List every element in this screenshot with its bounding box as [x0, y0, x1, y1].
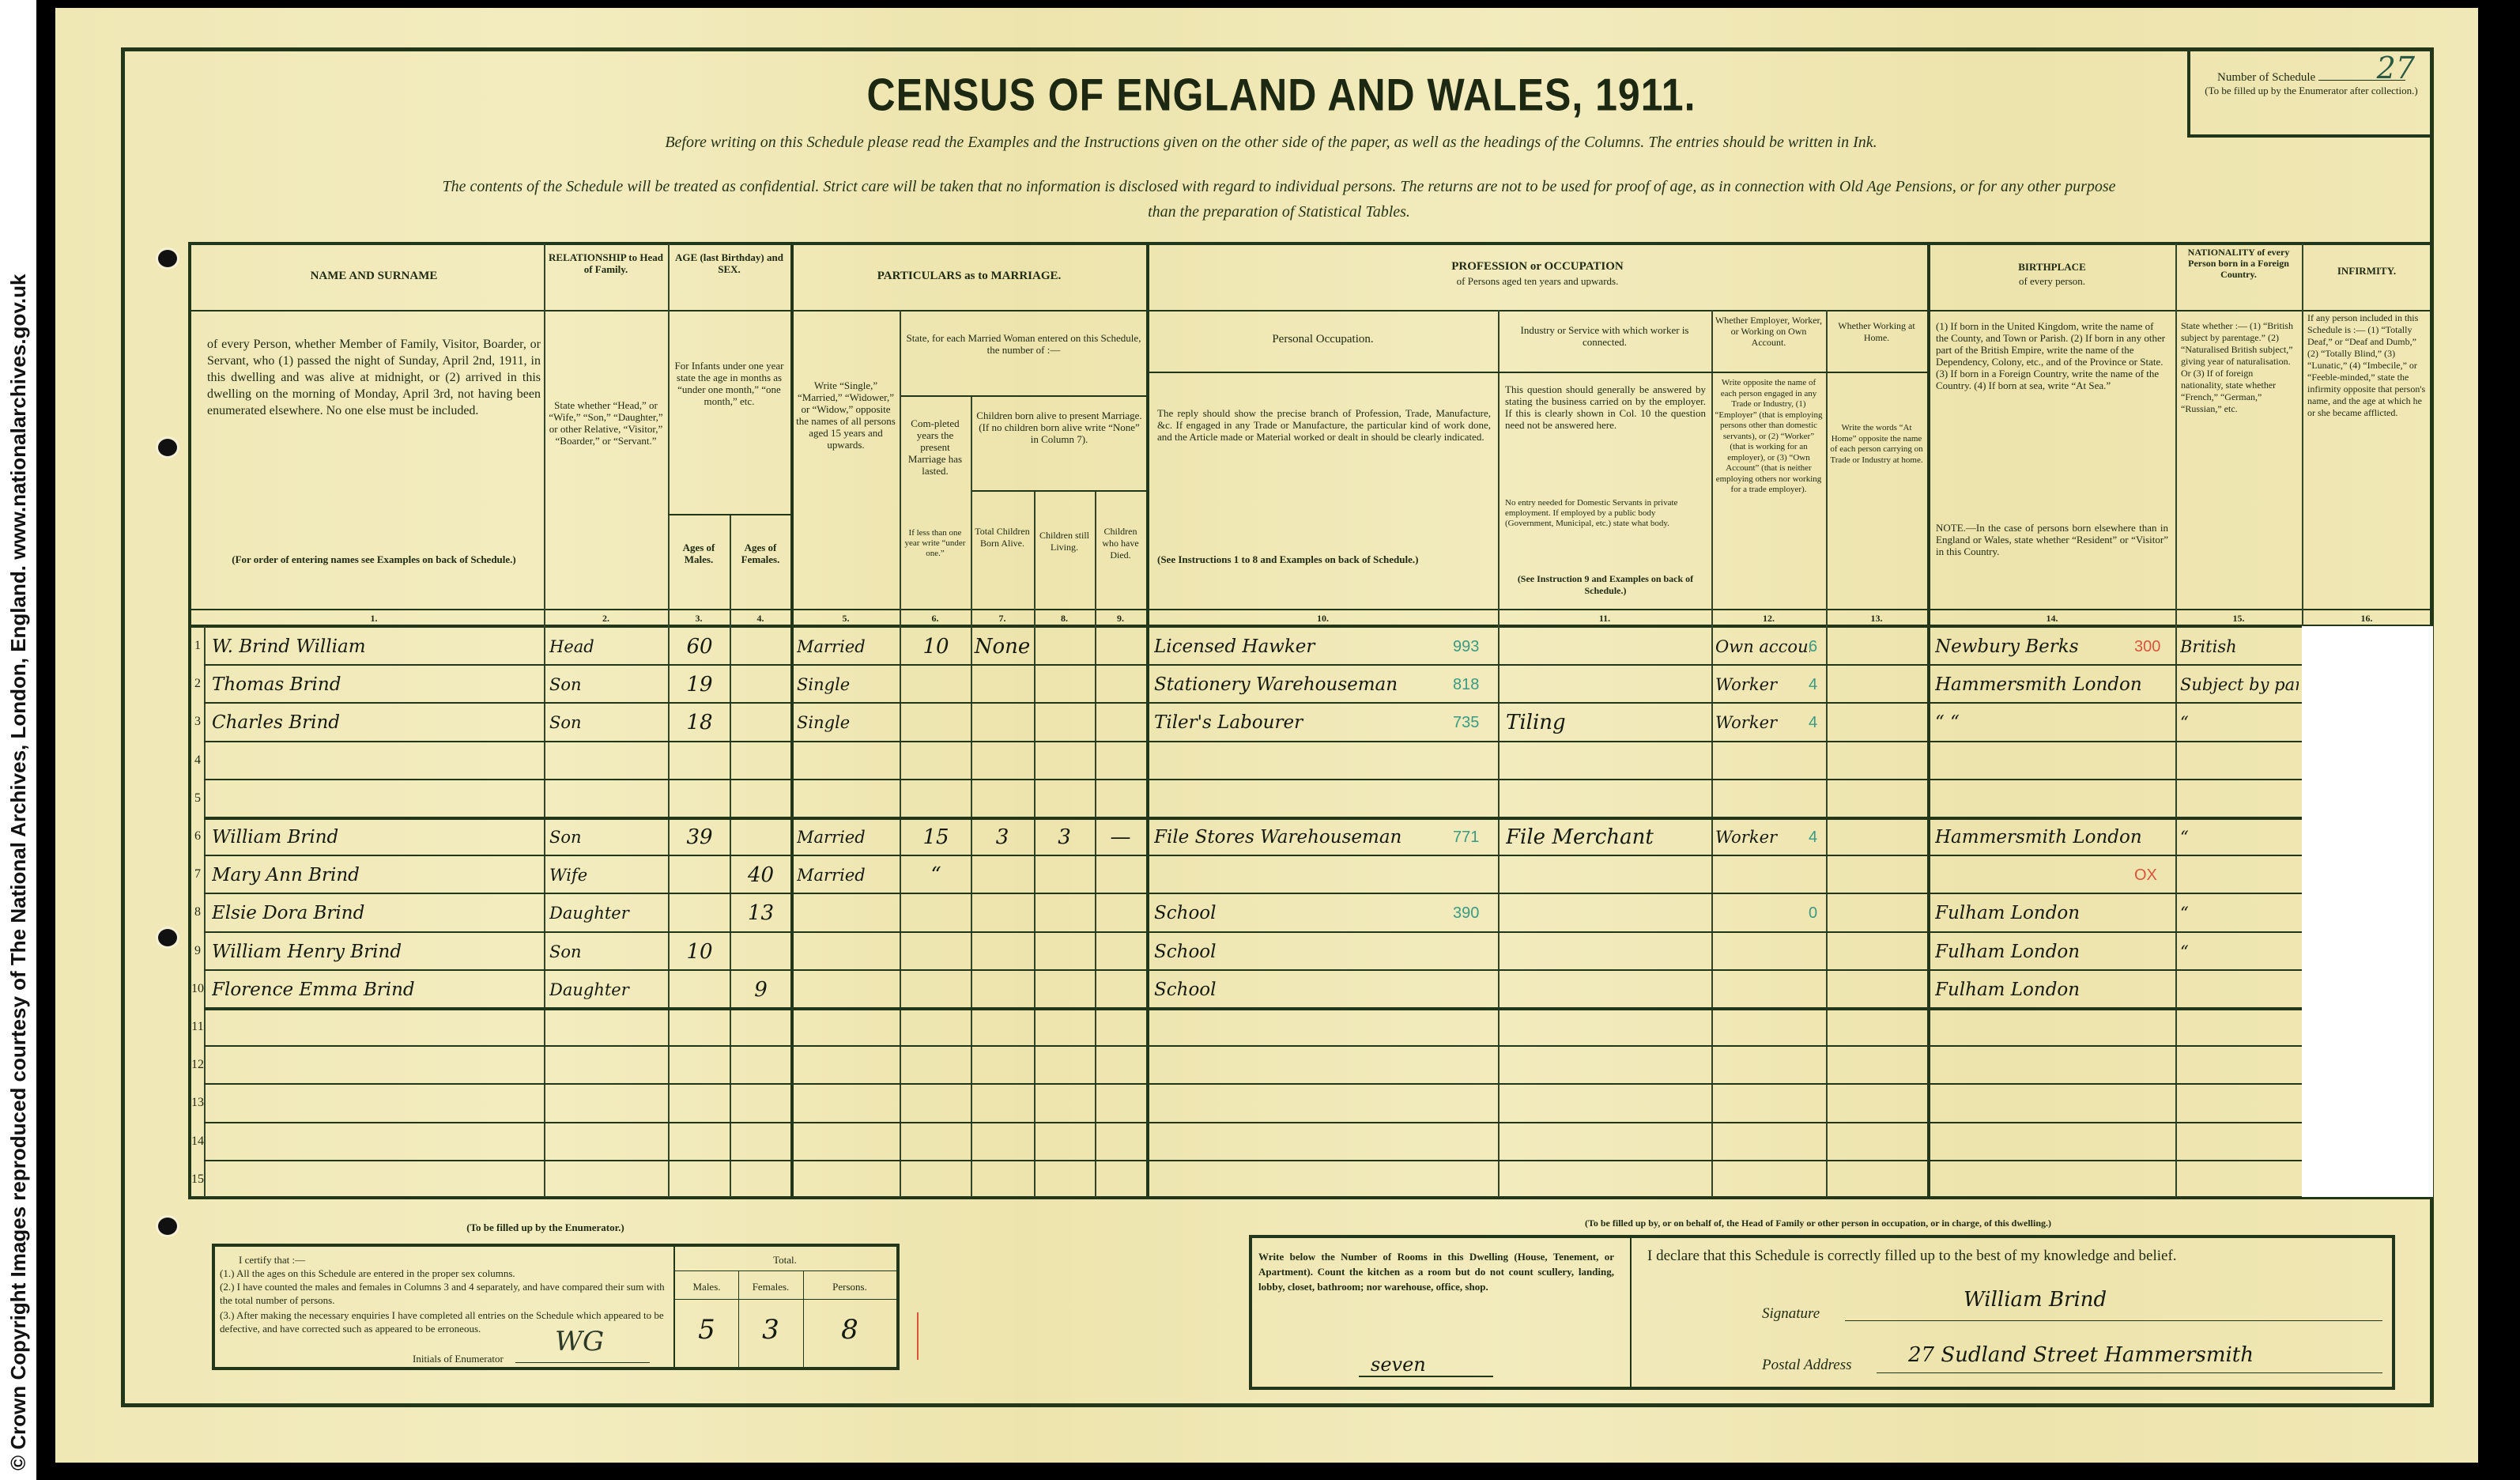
certify-3: (3.) After making the necessary enquirie… — [220, 1308, 674, 1335]
cell-nat[interactable]: “ — [2180, 821, 2299, 853]
row-number: 13 — [190, 1096, 206, 1110]
row-rule — [204, 702, 2430, 704]
header-nationality: NATIONALITY of every Person born in a Fo… — [2175, 247, 2302, 280]
row-rule — [204, 741, 2430, 742]
persons-label: Persons. — [803, 1280, 896, 1293]
header-males: Ages of Males. — [668, 542, 730, 565]
header-age-body: For Infants under one year state the age… — [668, 360, 790, 407]
confidential-line: The contents of the Schedule will be tre… — [149, 178, 2409, 196]
row-number: 10 — [190, 982, 206, 996]
row-rule — [204, 931, 2430, 933]
cell-name[interactable]: W. Brind William — [212, 631, 544, 663]
cell-nat[interactable]: British — [2180, 631, 2299, 663]
header-personal-body: The reply should show the precise branch… — [1154, 407, 1494, 443]
cell-total[interactable]: 3 — [971, 821, 1034, 853]
females-total[interactable]: 3 — [738, 1314, 803, 1346]
age-sub-rule — [668, 514, 790, 515]
header-infirmity-body: If any person included in this Schedule … — [2304, 312, 2429, 419]
cell-emp-code[interactable]: 6 — [1809, 631, 1826, 663]
row-rule — [204, 893, 2430, 894]
header-relationship: RELATIONSHIP to Head of Family. — [544, 251, 668, 275]
postal-address-value[interactable]: 27 Sudland Street Hammersmith — [1908, 1339, 2254, 1371]
cell-birth[interactable]: Hammersmith London — [1935, 669, 2172, 700]
row-rule — [204, 1160, 2430, 1161]
header-name: NAME AND SURNAME — [204, 269, 544, 283]
cell-rel[interactable]: Daughter — [549, 897, 668, 929]
col-number: 11. — [1498, 613, 1711, 625]
cell-nat[interactable]: Subject by parentage — [2180, 669, 2299, 700]
cell-name[interactable]: Elsie Dora Brind — [212, 897, 544, 929]
row-number: 15 — [190, 1172, 206, 1187]
col-number: 15. — [2175, 613, 2302, 625]
row-number: 1 — [190, 639, 206, 653]
col-number: 2. — [544, 613, 668, 625]
col-number: 13. — [1826, 613, 1927, 625]
cell-emp[interactable]: Own account — [1715, 631, 1810, 663]
header-nationality-body: State whether :— (1) “British subject by… — [2178, 320, 2300, 415]
cell-cond[interactable]: Married — [797, 859, 900, 891]
cell-female[interactable]: 13 — [731, 897, 790, 929]
initials-value[interactable]: WG — [555, 1326, 604, 1357]
cell-birth[interactable]: Fulham London — [1935, 897, 2172, 929]
header-females: Ages of Females. — [730, 542, 791, 565]
total-label: Total. — [673, 1253, 896, 1267]
cell-industry[interactable]: Tiling — [1506, 707, 1711, 738]
declaration-text: I declare that this Schedule is correctl… — [1647, 1248, 2177, 1265]
initials-label: Initials of Enumerator — [413, 1352, 504, 1365]
header-occupation: PROFESSION or OCCUPATION — [1148, 259, 1927, 274]
cell-emp-code[interactable]: 4 — [1809, 707, 1826, 738]
col-number: 10. — [1148, 613, 1498, 625]
row-number: 6 — [190, 829, 206, 844]
header-at-home-body: Write the words “At Home” opposite the n… — [1826, 423, 1927, 466]
postal-address-label: Postal Address — [1762, 1357, 1851, 1374]
header-personal-occupation: Personal Occupation. — [1148, 332, 1498, 346]
cell-occ-code[interactable]: 390 — [1453, 897, 1496, 929]
instruction-line: Before writing on this Schedule please r… — [362, 134, 2180, 152]
certify-label: I certify that :— — [239, 1253, 305, 1267]
cell-living[interactable]: 3 — [1034, 821, 1095, 853]
children-sub-rule — [972, 490, 1146, 492]
schedule-number-box: Number of Schedule (To be filled up by t… — [2187, 49, 2432, 138]
header-birthplace-sub: of every person. — [1929, 275, 2175, 287]
col-number: 12. — [1711, 613, 1826, 625]
cell-name[interactable]: William Henry Brind — [212, 936, 544, 968]
row-rule — [204, 664, 2430, 666]
row-number: 7 — [190, 867, 206, 882]
schedule-number-value[interactable]: 27 — [2377, 51, 2415, 85]
col-number: 6. — [900, 613, 971, 625]
cell-rel[interactable]: Son — [549, 821, 668, 853]
header-years-note: If less than one year write “under one.” — [900, 528, 971, 559]
form-title: CENSUS OF ENGLAND AND WALES, 1911. — [125, 69, 2438, 122]
red-mark — [917, 1312, 919, 1360]
header-at-home: Whether Working at Home. — [1826, 320, 1927, 344]
cell-died[interactable]: — — [1095, 821, 1146, 853]
cell-female[interactable]: 40 — [731, 859, 790, 891]
header-industry-note: (See Instruction 9 and Examples on back … — [1502, 573, 1709, 597]
row-number: 12 — [190, 1058, 206, 1072]
females-label: Females. — [738, 1280, 803, 1293]
cell-cond[interactable]: Single — [797, 669, 900, 700]
row-number: 14 — [190, 1135, 206, 1149]
cell-years[interactable]: 15 — [901, 821, 971, 853]
header-children-living: Children still Living. — [1034, 530, 1095, 553]
col-number: 1. — [204, 613, 544, 625]
col-number: 7. — [971, 613, 1034, 625]
header-occupation-sub: of Persons aged ten years and upwards. — [1148, 275, 1927, 287]
cell-years[interactable]: “ — [901, 859, 971, 891]
cell-occ[interactable]: School — [1154, 936, 1454, 968]
row-rule — [204, 1045, 2430, 1047]
header-total-children: Total Children Born Alive. — [971, 526, 1034, 549]
cell-rel[interactable]: Son — [549, 707, 668, 738]
header-birthplace-note: NOTE.—In the case of persons born elsewh… — [1933, 522, 2171, 557]
cell-birth[interactable]: Fulham London — [1935, 936, 2172, 968]
cell-male[interactable]: 60 — [672, 631, 727, 663]
cell-nat[interactable]: “ — [2180, 707, 2299, 738]
header-birthplace: BIRTHPLACE — [1929, 261, 2175, 273]
header-age: AGE (last Birthday) and SEX. — [668, 251, 790, 275]
cell-male[interactable]: 10 — [672, 936, 727, 968]
row-rule — [204, 1122, 2430, 1123]
cell-emp[interactable]: Worker — [1715, 707, 1810, 738]
header-children-died: Children who have Died. — [1095, 526, 1146, 561]
header-industry-body: This question should generally be answer… — [1502, 383, 1709, 431]
cell-rel[interactable]: Son — [549, 669, 668, 700]
occupation-sub-rule — [1148, 372, 1927, 373]
cell-rel[interactable]: Wife — [549, 859, 668, 891]
cell-occ[interactable]: Stationery Warehouseman — [1154, 669, 1454, 700]
cell-name[interactable]: Florence Emma Brind — [212, 974, 544, 1006]
signature-value[interactable]: William Brind — [1964, 1284, 2107, 1316]
cell-nat[interactable]: “ — [2180, 936, 2299, 968]
cell-nat[interactable]: “ — [2180, 897, 2299, 929]
cell-rel[interactable]: Daughter — [549, 974, 668, 1006]
cell-birth[interactable]: Hammersmith London — [1935, 821, 2172, 853]
cell-occ-code[interactable]: 818 — [1453, 669, 1496, 700]
header-children: Children born alive to present Marriage.… — [972, 410, 1146, 445]
cell-emp[interactable]: Worker — [1715, 821, 1810, 853]
col-line — [2175, 244, 2177, 1197]
col-number: 4. — [730, 613, 791, 625]
col-number: 3. — [668, 613, 730, 625]
enumerator-box: I certify that :— (1.) All the ages on t… — [212, 1244, 900, 1370]
schedule-number-note: (To be filled up by the Enumerator after… — [2205, 85, 2417, 96]
signature-label: Signature — [1762, 1305, 1820, 1323]
row-number: 9 — [190, 944, 206, 958]
cell-occ-code[interactable]: 771 — [1453, 821, 1496, 853]
cell-occ[interactable]: School — [1154, 897, 1454, 929]
row-rule — [204, 817, 2430, 820]
cell-occ[interactable]: Licensed Hawker — [1154, 631, 1454, 663]
cell-cond[interactable]: Married — [797, 631, 900, 663]
col-number: 16. — [2302, 613, 2431, 625]
cell-rel[interactable]: Son — [549, 936, 668, 968]
confidential-line-2: than the preparation of Statistical Tabl… — [149, 203, 2409, 221]
cell-name[interactable]: William Brind — [212, 821, 544, 853]
cell-name[interactable]: Charles Brind — [212, 707, 544, 738]
row-number: 3 — [190, 715, 206, 729]
rows-top-rule — [190, 625, 2431, 628]
cell-rel[interactable]: Head — [549, 631, 668, 663]
col-line — [2302, 244, 2303, 626]
cell-emp[interactable]: Worker — [1715, 669, 1810, 700]
cell-occ-code[interactable]: 735 — [1453, 707, 1496, 738]
cell-name[interactable]: Thomas Brind — [212, 669, 544, 700]
cell-occ-code[interactable]: 993 — [1453, 631, 1496, 663]
col-number: 9. — [1095, 613, 1146, 625]
cell-female[interactable]: 9 — [731, 974, 790, 1006]
marriage-sub-rule — [901, 395, 1146, 397]
header-industry-body2: No entry needed for Domestic Servants in… — [1502, 498, 1709, 529]
row-rule — [204, 969, 2430, 971]
certify-2: (2.) I have counted the males and female… — [220, 1280, 674, 1307]
header-marriage: PARTICULARS as to MARRIAGE. — [792, 269, 1146, 283]
cell-occ[interactable]: Tiler's Labourer — [1154, 707, 1454, 738]
header-name-body: of every Person, whether Member of Famil… — [204, 336, 544, 419]
cell-male[interactable]: 39 — [672, 821, 727, 853]
col-line — [971, 395, 972, 1197]
row-number: 2 — [190, 677, 206, 691]
header-industry: Industry or Service with which worker is… — [1498, 324, 1711, 348]
cell-cond[interactable]: Married — [797, 821, 900, 853]
row-number: 4 — [190, 753, 206, 768]
cell-emp-code[interactable]: 4 — [1809, 669, 1826, 700]
cell-occ[interactable]: File Stores Warehouseman — [1154, 821, 1454, 853]
header-condition: Write “Single,” “Married,” “Widower,” or… — [792, 379, 900, 451]
males-total[interactable]: 5 — [675, 1314, 738, 1346]
header-personal-note: (See Instructions 1 to 8 and Examples on… — [1154, 553, 1494, 565]
row-number: 8 — [190, 905, 206, 919]
header-relationship-body: State whether “Head,” or “Wife,” “Son,” … — [544, 399, 668, 447]
cell-male[interactable]: 18 — [672, 707, 727, 738]
col-line — [1146, 244, 1149, 1197]
cell-birth-code[interactable]: 300 — [2134, 631, 2175, 663]
cell-male[interactable]: 19 — [672, 669, 727, 700]
row-rule — [204, 855, 2430, 856]
header-years: Com-pleted years the present Marriage ha… — [900, 417, 971, 477]
header-married-woman: State, for each Married Woman entered on… — [901, 332, 1146, 356]
enumerator-heading: (To be filled up by the Enumerator.) — [387, 1221, 704, 1233]
copyright-text: © Crown Copyright Images reproduced cour… — [6, 274, 30, 1471]
head-section-heading: (To be filled up by, or on behalf of, th… — [1257, 1218, 2379, 1229]
row-rule — [204, 1007, 2430, 1010]
col-number: 14. — [1929, 613, 2175, 625]
row-rule — [204, 1083, 2430, 1085]
cell-years[interactable]: 10 — [901, 631, 971, 663]
cell-emp-code[interactable]: 0 — [1809, 897, 1826, 929]
header-infirmity: INFIRMITY. — [2302, 265, 2431, 277]
row-rule — [204, 779, 2430, 780]
cell-total[interactable]: None — [971, 631, 1034, 663]
col-line — [544, 244, 545, 1197]
redaction-box — [2302, 626, 2433, 1197]
cell-occ[interactable]: School — [1154, 974, 1454, 1006]
col-line — [1498, 310, 1500, 1197]
rooms-instruction: Write below the Number of Rooms in this … — [1258, 1249, 1614, 1294]
colnum-divider — [190, 609, 2431, 610]
cell-cond[interactable]: Single — [797, 707, 900, 738]
males-label: Males. — [675, 1280, 738, 1293]
header-name-note: (For order of entering names see Example… — [204, 553, 544, 565]
cell-name[interactable]: Mary Ann Brind — [212, 859, 544, 891]
header-employer-body: Write opposite the name of each person e… — [1711, 378, 1826, 496]
cell-industry[interactable]: File Merchant — [1506, 821, 1711, 853]
schedule-number-label: Number of Schedule — [2217, 71, 2315, 84]
col-number: 5. — [792, 613, 900, 625]
row-number: 5 — [190, 791, 206, 806]
copyright-margin: © Crown Copyright Images reproduced cour… — [0, 0, 36, 1480]
header-birthplace-body: (1) If born in the United Kingdom, write… — [1933, 320, 2171, 391]
cell-birth-code[interactable]: OX — [2134, 859, 2175, 891]
col-line — [1927, 244, 1930, 1197]
row-number: 11 — [190, 1020, 206, 1034]
header-divider — [190, 310, 2431, 311]
cell-birth[interactable]: Fulham London — [1935, 974, 2172, 1006]
cell-birth[interactable]: “ “ — [1935, 707, 2172, 738]
certify-1: (1.) All the ages on this Schedule are e… — [220, 1267, 674, 1280]
col-number: 8. — [1034, 613, 1095, 625]
table-top-rule — [190, 242, 2431, 245]
cell-emp-code[interactable]: 4 — [1809, 821, 1826, 853]
header-employer: Whether Employer, Worker, or Working on … — [1711, 315, 1826, 348]
persons-total[interactable]: 8 — [803, 1314, 896, 1346]
row-rule — [204, 1198, 2430, 1199]
head-section-box: Write below the Number of Rooms in this … — [1249, 1235, 2395, 1390]
